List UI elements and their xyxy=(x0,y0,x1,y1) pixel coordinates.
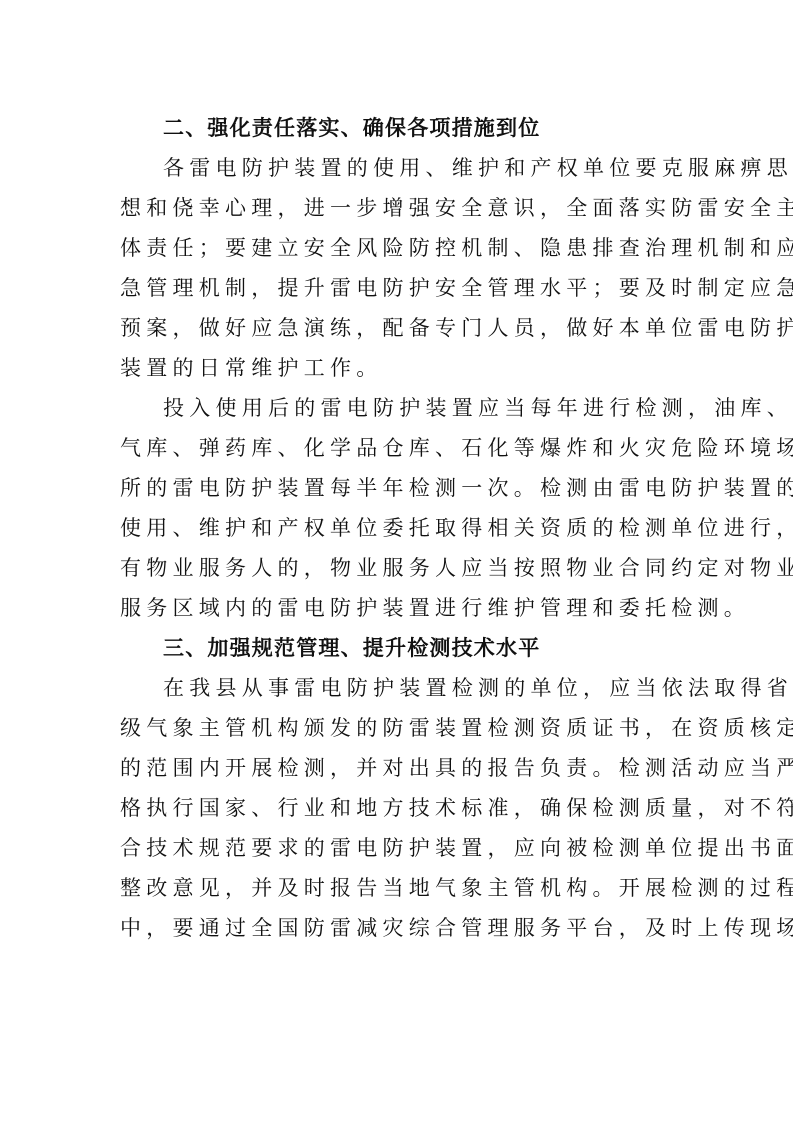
paragraph-line: 服务区域内的雷电防护装置进行维护管理和委托检测。 xyxy=(120,588,672,628)
section-heading-3: 三、加强规范管理、提升检测技术水平 xyxy=(120,628,672,668)
paragraph-line: 使用、维护和产权单位委托取得相关资质的检测单位进行， xyxy=(120,508,672,548)
paragraph-line: 各雷电防护装置的使用、维护和产权单位要克服麻痹思 xyxy=(120,148,672,188)
paragraph-line: 中，要通过全国防雷减灾综合管理服务平台，及时上传现场 xyxy=(120,908,672,948)
paragraph-line: 体责任；要建立安全风险防控机制、隐患排查治理机制和应 xyxy=(120,228,672,268)
paragraph-line: 气库、弹药库、化学品仓库、石化等爆炸和火灾危险环境场 xyxy=(120,428,672,468)
paragraph-line: 装置的日常维护工作。 xyxy=(120,348,672,388)
paragraph-line: 在我县从事雷电防护装置检测的单位，应当依法取得省 xyxy=(120,668,672,708)
paragraph-line: 格执行国家、行业和地方技术标准，确保检测质量，对不符 xyxy=(120,788,672,828)
paragraph-line: 预案，做好应急演练，配备专门人员，做好本单位雷电防护 xyxy=(120,308,672,348)
section-heading-2: 二、强化责任落实、确保各项措施到位 xyxy=(120,108,672,148)
document-page: 二、强化责任落实、确保各项措施到位 各雷电防护装置的使用、维护和产权单位要克服麻… xyxy=(120,108,672,948)
paragraph-responsibility: 各雷电防护装置的使用、维护和产权单位要克服麻痹思 想和侥幸心理，进一步增强安全意… xyxy=(120,148,672,388)
paragraph-line: 所的雷电防护装置每半年检测一次。检测由雷电防护装置的 xyxy=(120,468,672,508)
paragraph-inspection-frequency: 投入使用后的雷电防护装置应当每年进行检测，油库、 气库、弹药库、化学品仓库、石化… xyxy=(120,388,672,628)
paragraph-inspection-units: 在我县从事雷电防护装置检测的单位，应当依法取得省 级气象主管机构颁发的防雷装置检… xyxy=(120,668,672,948)
paragraph-line: 合技术规范要求的雷电防护装置，应向被检测单位提出书面 xyxy=(120,828,672,868)
paragraph-line: 投入使用后的雷电防护装置应当每年进行检测，油库、 xyxy=(120,388,672,428)
paragraph-line: 想和侥幸心理，进一步增强安全意识，全面落实防雷安全主 xyxy=(120,188,672,228)
paragraph-line: 急管理机制，提升雷电防护安全管理水平；要及时制定应急 xyxy=(120,268,672,308)
paragraph-line: 整改意见，并及时报告当地气象主管机构。开展检测的过程 xyxy=(120,868,672,908)
paragraph-line: 有物业服务人的，物业服务人应当按照物业合同约定对物业 xyxy=(120,548,672,588)
paragraph-line: 的范围内开展检测，并对出具的报告负责。检测活动应当严 xyxy=(120,748,672,788)
paragraph-line: 级气象主管机构颁发的防雷装置检测资质证书，在资质核定 xyxy=(120,708,672,748)
